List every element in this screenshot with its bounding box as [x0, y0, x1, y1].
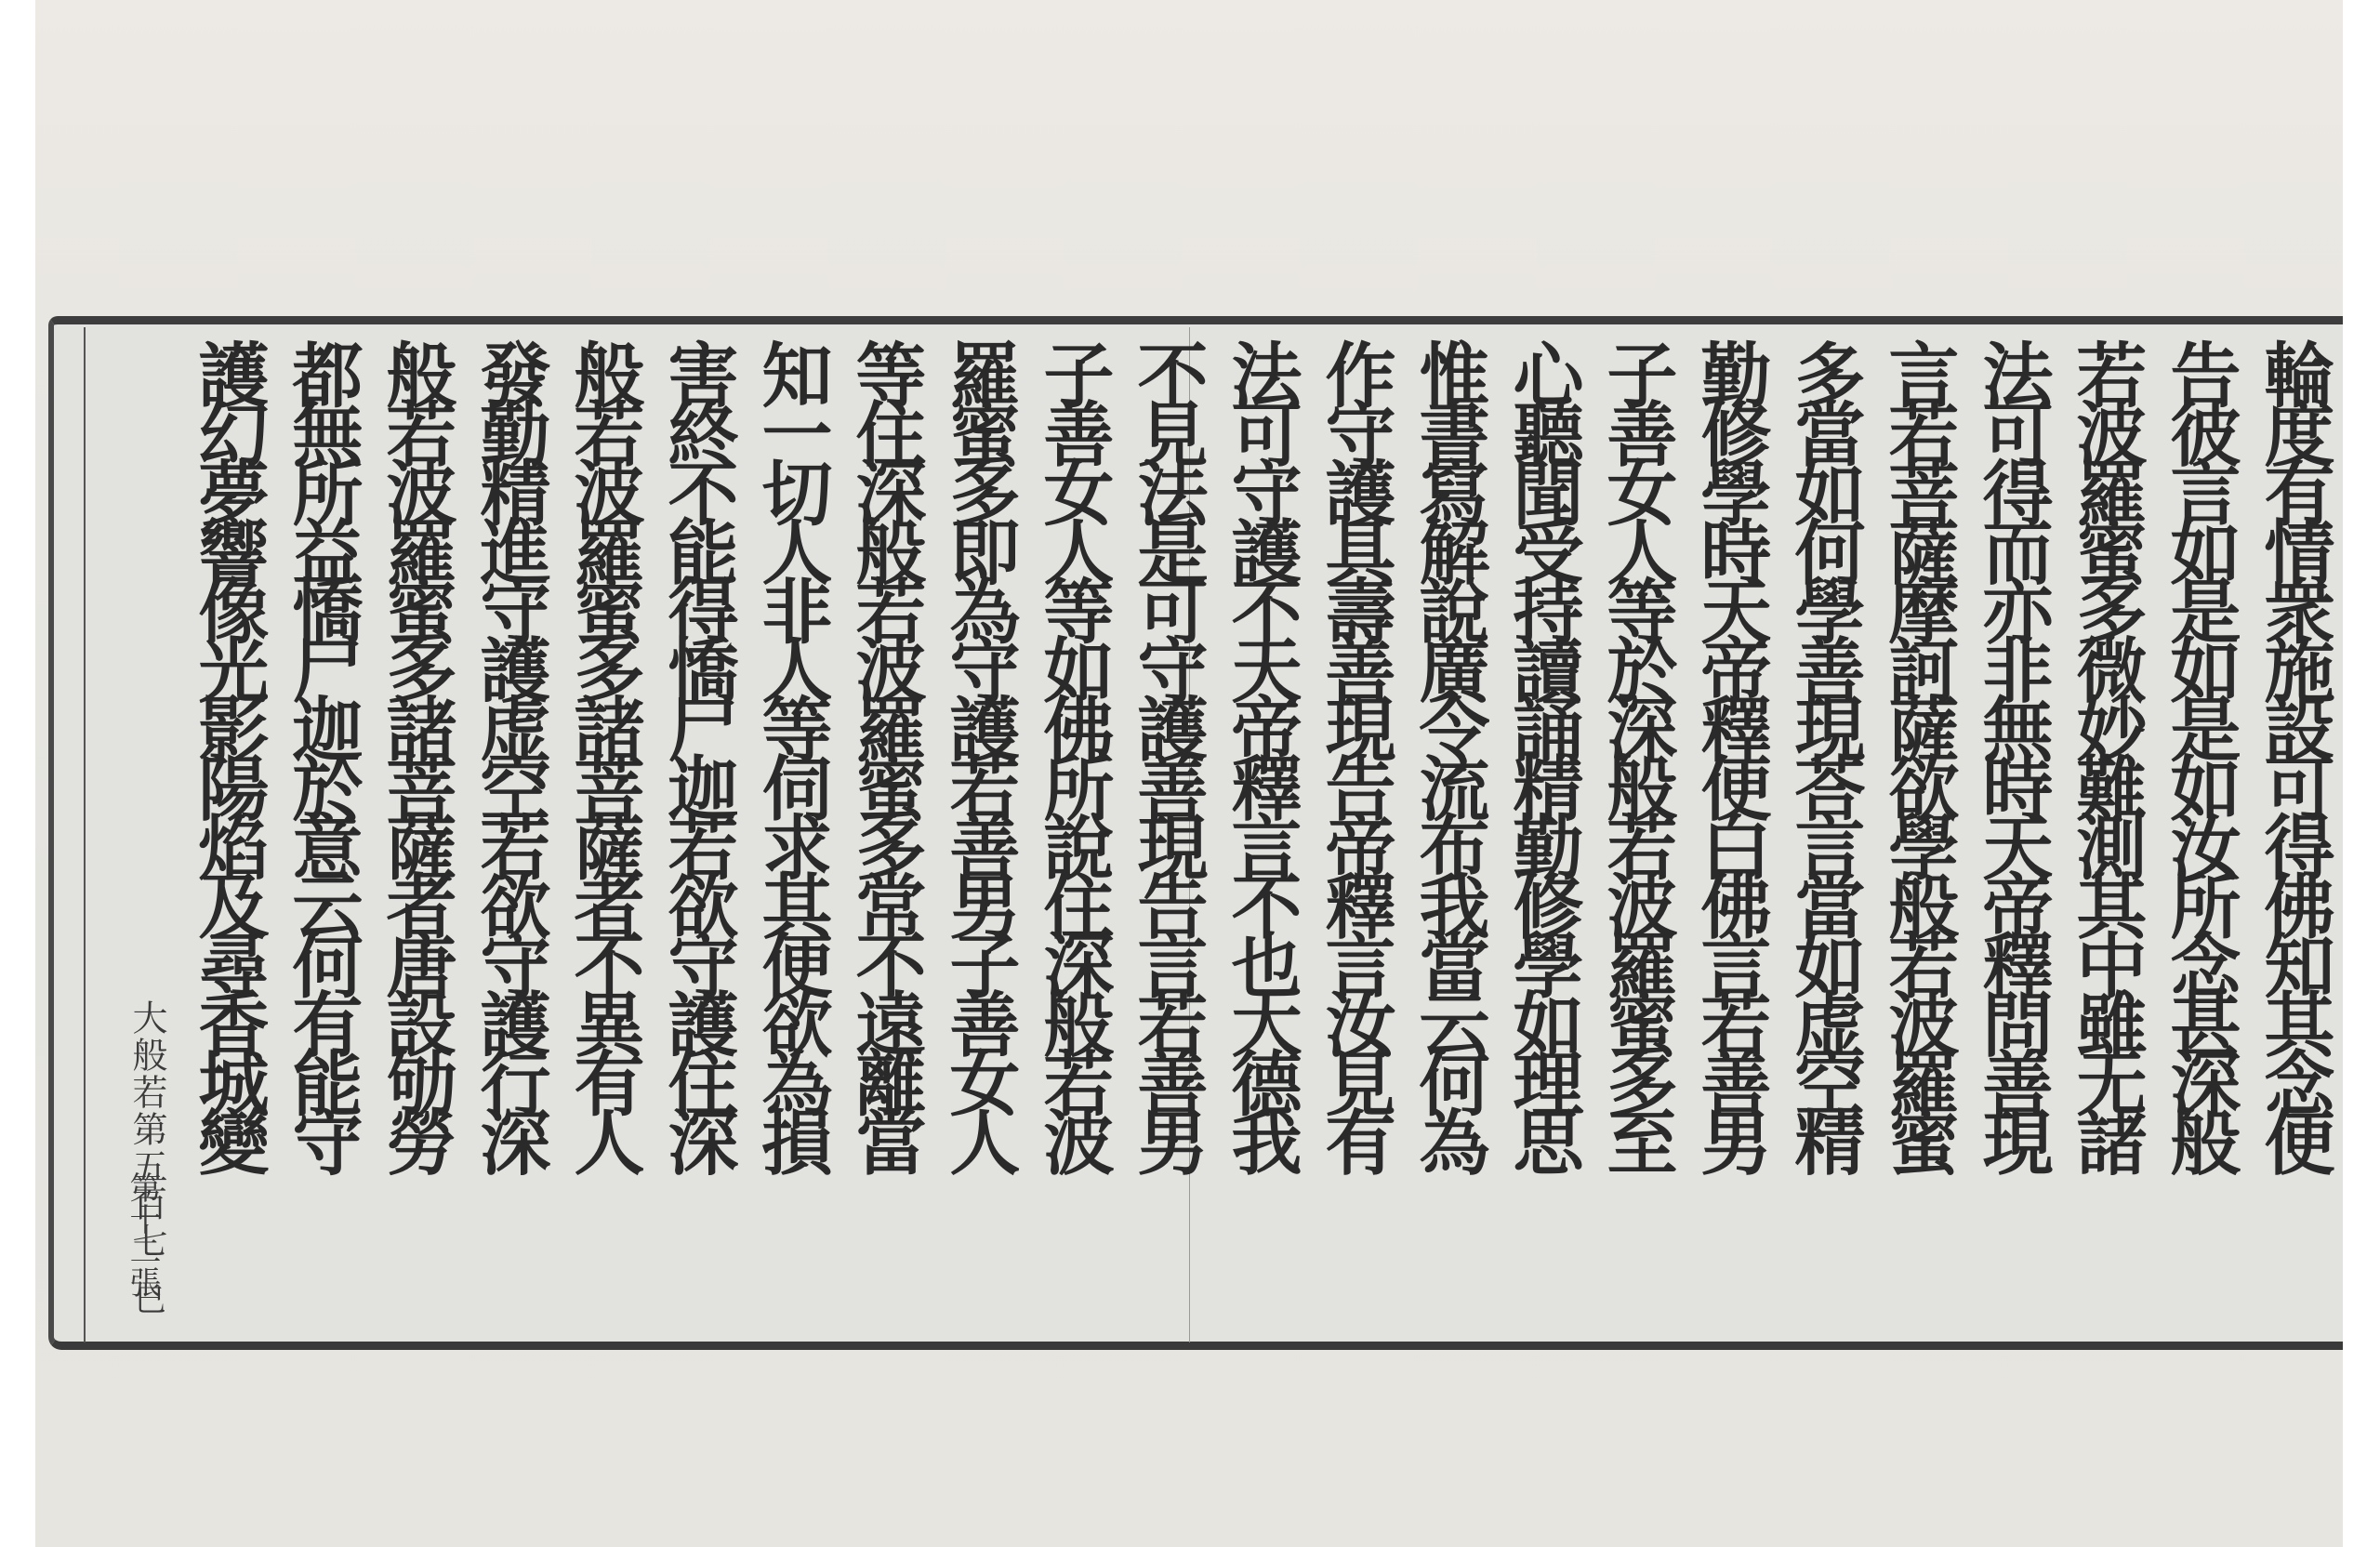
text-column-12: 法可守護不天帝釋言不也大德我 [1214, 327, 1308, 1342]
text-column-1: 輪度有情衆施設可得佛知其念便 [2247, 327, 2341, 1342]
text-column-10: 惟書寫解說廣令流布我當云何為 [1402, 327, 1496, 1342]
text-column-11: 作守護具壽善現告帝釋言汝見有 [1308, 327, 1402, 1342]
text-column-14: 子善女人等如佛所說住深般若波 [1026, 327, 1120, 1342]
text-column-18: 害終不能得憍尸迦若欲守護住深 [651, 327, 745, 1342]
text-column-3: 若波羅蜜多微妙難測其中雖无諸 [2059, 327, 2153, 1342]
margin-mark: 巳 [110, 1283, 175, 1315]
text-column-13: 不見法是可守護善現告言若善男 [1120, 327, 1214, 1342]
text-column-6: 多當如何學善現荅言當如虚空精 [1778, 327, 1871, 1342]
text-column-5: 言若菩薩摩訶薩欲學般若波羅蜜 [1871, 327, 1965, 1342]
margin-page-number: 第十二張 [114, 1171, 170, 1298]
text-column-4: 法可得而亦非無時天帝釋問善現 [1965, 327, 2059, 1342]
text-column-19: 般若波羅蜜多諸菩薩者不異有人 [557, 327, 651, 1342]
text-column-15: 羅蜜多即為守護若善男子善女人 [932, 327, 1026, 1342]
margin-rule-line [84, 327, 86, 1342]
text-columns: 輪度有情衆施設可得佛知其念便 告彼言如是如是如汝所念甚深般 若波羅蜜多微妙難測其… [181, 327, 2341, 1342]
text-column-16: 等住深般若波羅蜜多常不遠離當 [839, 327, 932, 1342]
text-column-21: 般若波羅蜜多諸菩薩者唐設劬勞 [369, 327, 463, 1342]
text-column-7: 勤修學時天帝釋便白佛言若善男 [1684, 327, 1778, 1342]
text-column-23: 護幻夢響像光影陽焰及尋香城變 [181, 327, 275, 1342]
text-column-20: 發勤精進守護虚空若欲守護行深 [463, 327, 557, 1342]
text-column-9: 心聽聞受持讀誦精勤修學如理思 [1496, 327, 1590, 1342]
text-column-22: 都無所益憍尸迦於意云何有能守 [275, 327, 369, 1342]
text-column-17: 知一切人非人等伺求其便欲為損 [745, 327, 839, 1342]
text-column-2: 告彼言如是如是如汝所念甚深般 [2153, 327, 2247, 1342]
text-column-8: 子善女人等於深般若波羅蜜多至 [1590, 327, 1684, 1342]
